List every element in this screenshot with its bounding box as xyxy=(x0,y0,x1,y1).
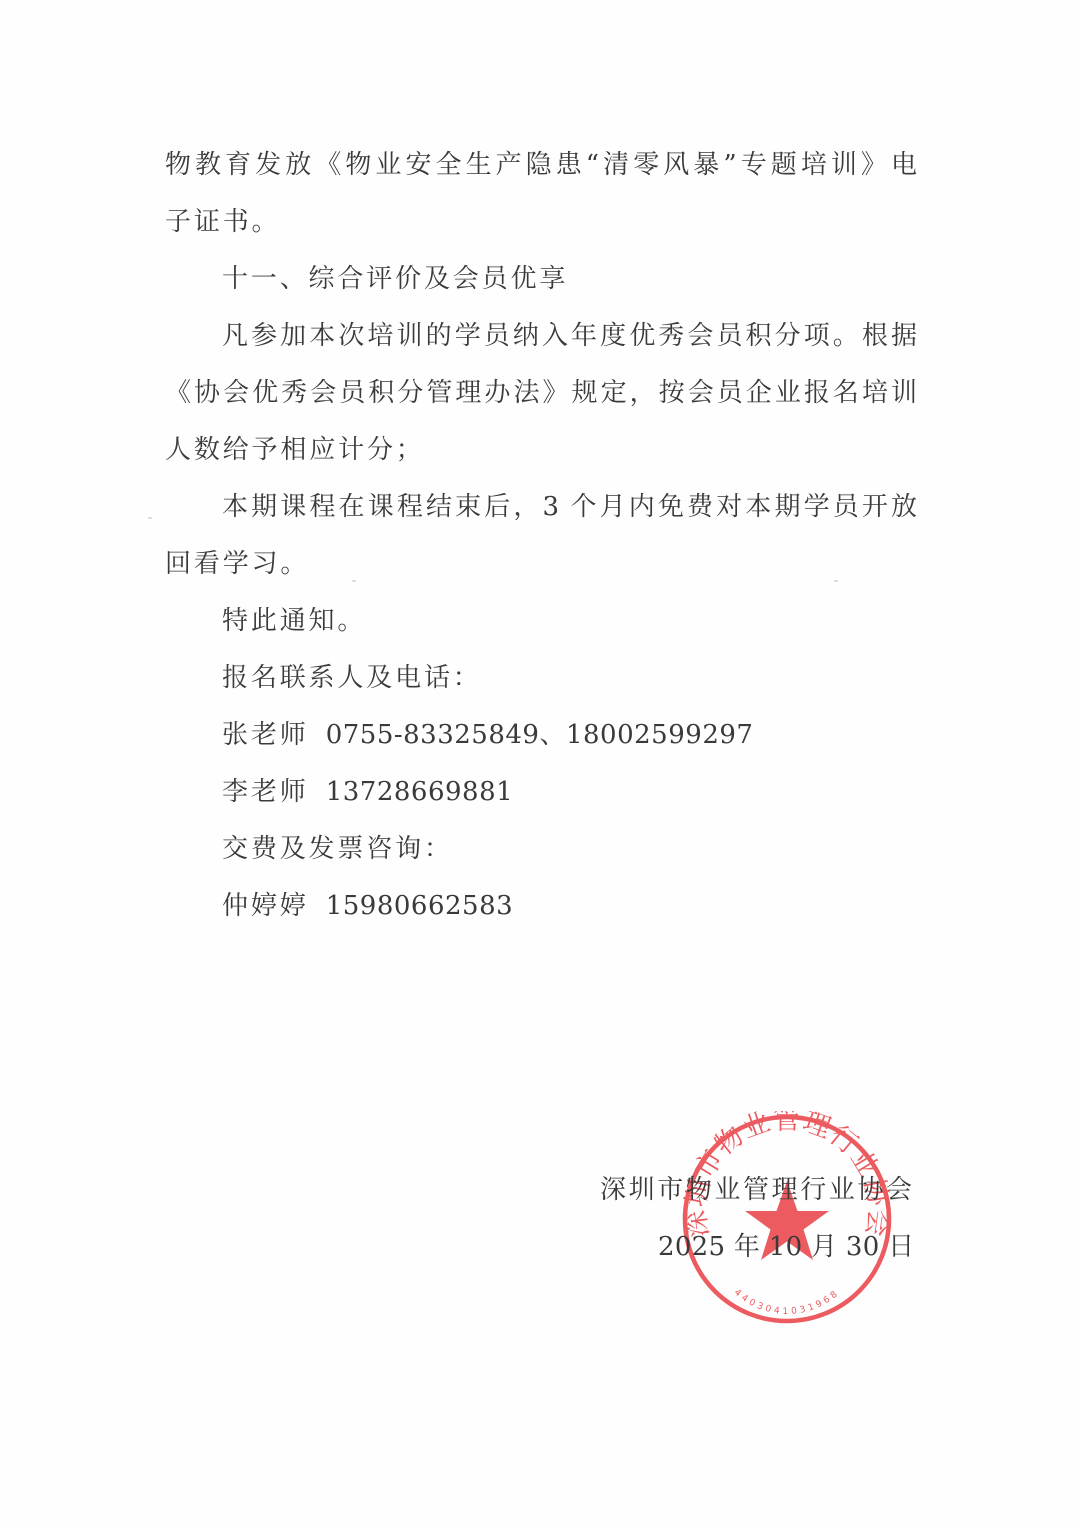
paragraph-line: 本期课程在课程结束后，3 个月内免费对本期学员开放 xyxy=(222,490,917,524)
signature-date: 2025 年 10 月 30 日 xyxy=(658,1230,914,1264)
paragraph-line: 《协会优秀会员积分管理办法》规定，按会员企业报名培训 xyxy=(165,376,917,410)
contact-row: 李老师 13728669881 xyxy=(222,775,974,809)
registration-contact-label: 报名联系人及电话： xyxy=(222,661,974,695)
contact-name: 仲婷婷 xyxy=(222,891,309,921)
paragraph-line: 回看学习。 xyxy=(165,547,917,581)
contact-name: 李老师 xyxy=(222,777,309,807)
scan-speck xyxy=(352,580,356,582)
official-seal: 深圳市物业管理行业协会 4403041031968 xyxy=(680,1111,894,1327)
contact-row: 张老师 0755-83325849、18002599297 xyxy=(222,718,974,752)
signature-organization: 深圳市物业管理行业协会 xyxy=(600,1173,915,1207)
body-line: 子证书。 xyxy=(165,205,917,239)
contact-phone: 0755-83325849、18002599297 xyxy=(326,720,754,750)
closing-text: 特此通知。 xyxy=(222,604,974,638)
document-page: 物教育发放《物业安全生产隐患“清零风暴”专题培训》电 子证书。 十一、综合评价及… xyxy=(0,0,1080,1527)
paragraph-text: 本期课程在课程结束后，3 个月内免费对本期学员开放 xyxy=(222,490,917,524)
contact-row: 仲婷婷 15980662583 xyxy=(222,889,974,923)
body-line: 物教育发放《物业安全生产隐患“清零风暴”专题培训》电 xyxy=(165,148,917,182)
contact-phone: 13728669881 xyxy=(326,777,513,807)
scan-speck xyxy=(148,517,152,519)
paragraph-line: 人数给予相应计分； xyxy=(165,433,917,467)
billing-contact-label: 交费及发票咨询： xyxy=(222,832,974,866)
contact-name: 张老师 xyxy=(222,720,309,750)
paragraph-line: 凡参加本次培训的学员纳入年度优秀会员积分项。根据 xyxy=(222,319,917,353)
contact-phone: 15980662583 xyxy=(326,891,513,921)
section-heading: 十一、综合评价及会员优享 xyxy=(222,262,974,296)
scan-speck xyxy=(834,580,838,582)
paragraph-text: 凡参加本次培训的学员纳入年度优秀会员积分项。根据 xyxy=(222,319,917,353)
